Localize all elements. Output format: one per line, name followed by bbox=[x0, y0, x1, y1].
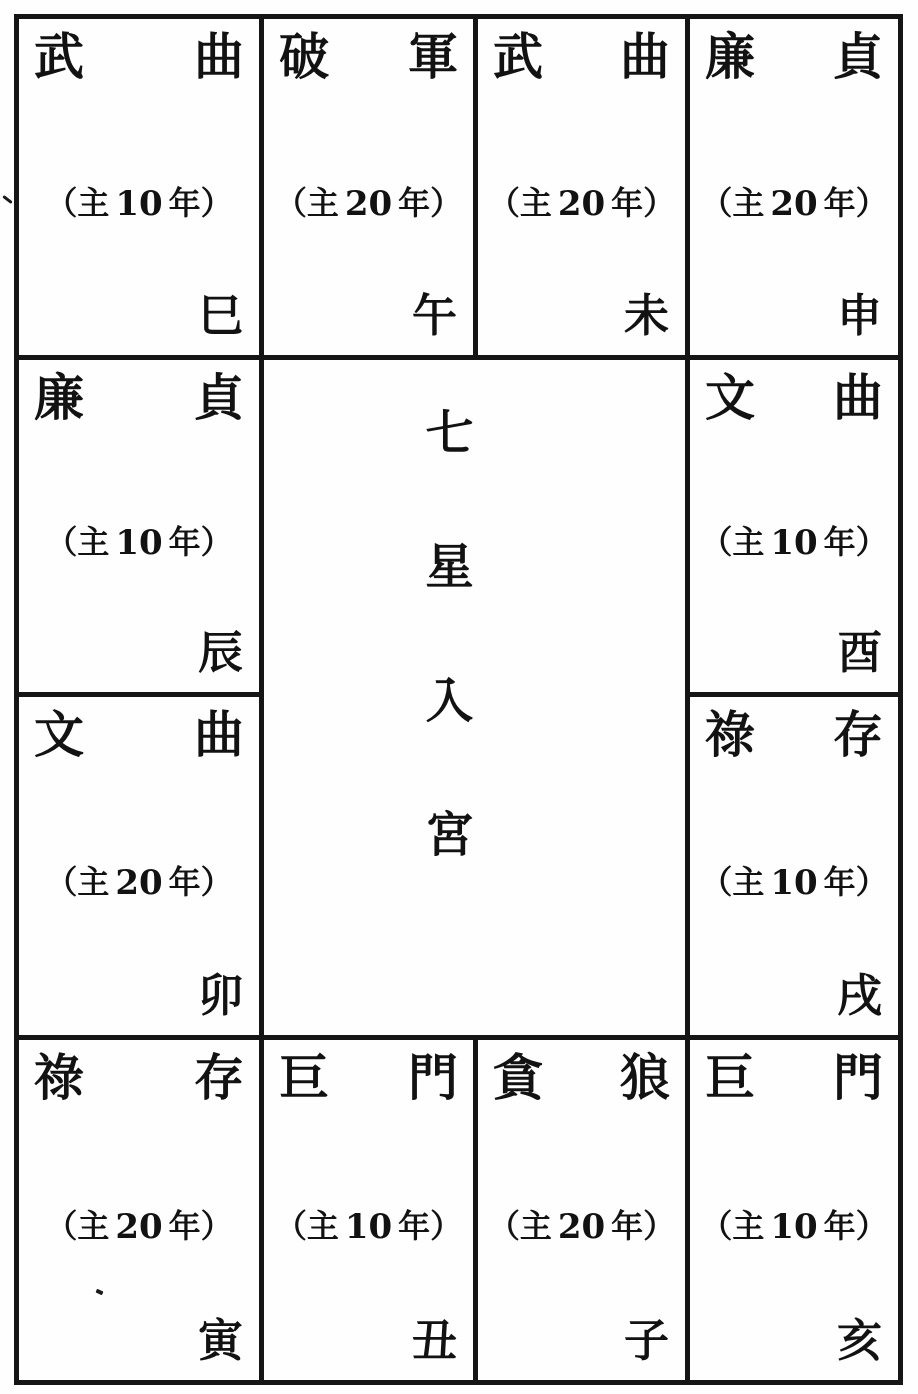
star-char-left: 文 bbox=[34, 710, 84, 760]
star-char-left: 祿 bbox=[34, 1053, 84, 1103]
star-char-right: 曲 bbox=[194, 710, 244, 760]
star-name: 武 曲 bbox=[34, 32, 244, 82]
star-char-left: 武 bbox=[34, 32, 84, 82]
duration-close: 年） bbox=[824, 1208, 888, 1244]
star-name: 武 曲 bbox=[493, 32, 670, 82]
palace-cell-chen: 廉 貞 （主10年） 辰 bbox=[19, 360, 264, 697]
duration-years: 10 bbox=[770, 863, 817, 903]
duration-label: （主20年） bbox=[19, 866, 259, 900]
center-title-cell: 七 星 入 宮 bbox=[264, 360, 690, 1040]
branch-label: 辰 bbox=[198, 631, 243, 676]
duration-close: 年） bbox=[824, 185, 888, 221]
star-char-left: 文 bbox=[705, 373, 755, 423]
palace-cell-shen: 廉 貞 （主20年） 申 bbox=[690, 19, 898, 360]
branch-label: 子 bbox=[624, 1319, 669, 1364]
duration-close: 年） bbox=[169, 1208, 233, 1244]
duration-label: （主20年） bbox=[478, 1210, 685, 1244]
duration-years: 10 bbox=[770, 523, 817, 563]
duration-open: （主 bbox=[45, 1208, 109, 1244]
star-char-left: 破 bbox=[279, 32, 329, 82]
star-name: 破 軍 bbox=[279, 32, 458, 82]
star-char-right: 存 bbox=[194, 1053, 244, 1103]
duration-open: （主 bbox=[488, 185, 552, 221]
palace-grid: 武 曲 （主10年） 巳 破 軍 （主20年） 午 武 曲 （主20年） 未 廉 bbox=[14, 14, 903, 1385]
center-title-char: 七 bbox=[425, 410, 473, 458]
branch-label: 午 bbox=[412, 294, 457, 339]
duration-years: 20 bbox=[558, 184, 605, 224]
branch-label: 酉 bbox=[837, 631, 882, 676]
duration-close: 年） bbox=[824, 524, 888, 560]
duration-close: 年） bbox=[169, 864, 233, 900]
star-char-left: 廉 bbox=[34, 373, 84, 423]
star-char-right: 門 bbox=[833, 1053, 883, 1103]
palace-cell-you: 文 曲 （主10年） 酉 bbox=[690, 360, 898, 697]
star-char-left: 貪 bbox=[493, 1053, 543, 1103]
duration-label: （主10年） bbox=[19, 187, 259, 221]
star-name: 巨 門 bbox=[705, 1053, 883, 1103]
star-char-right: 軍 bbox=[408, 32, 458, 82]
duration-years: 20 bbox=[115, 1207, 162, 1247]
duration-close: 年） bbox=[398, 1208, 462, 1244]
palace-cell-hai: 巨 門 （主10年） 亥 bbox=[690, 1040, 898, 1380]
star-char-left: 祿 bbox=[705, 710, 755, 760]
branch-label: 卯 bbox=[198, 974, 243, 1019]
branch-label: 亥 bbox=[837, 1319, 882, 1364]
branch-label: 丑 bbox=[412, 1319, 457, 1364]
palace-cell-mao: 文 曲 （主20年） 卯 bbox=[19, 697, 264, 1040]
duration-years: 20 bbox=[558, 1207, 605, 1247]
duration-open: （主 bbox=[700, 524, 764, 560]
palace-cell-si: 武 曲 （主10年） 巳 bbox=[19, 19, 264, 360]
center-title-char: 宮 bbox=[425, 812, 473, 860]
star-name: 祿 存 bbox=[705, 710, 883, 760]
star-char-left: 廉 bbox=[705, 32, 755, 82]
star-char-left: 巨 bbox=[279, 1053, 329, 1103]
star-name: 廉 貞 bbox=[34, 373, 244, 423]
star-name: 廉 貞 bbox=[705, 32, 883, 82]
duration-years: 20 bbox=[770, 184, 817, 224]
center-title-char: 入 bbox=[425, 678, 473, 726]
duration-open: （主 bbox=[45, 185, 109, 221]
duration-open: （主 bbox=[700, 185, 764, 221]
center-title-char: 星 bbox=[425, 544, 473, 592]
duration-label: （主10年） bbox=[264, 1210, 473, 1244]
star-char-left: 巨 bbox=[705, 1053, 755, 1103]
star-char-right: 狼 bbox=[620, 1053, 670, 1103]
duration-close: 年） bbox=[824, 864, 888, 900]
duration-close: 年） bbox=[611, 185, 675, 221]
star-char-right: 曲 bbox=[620, 32, 670, 82]
star-char-left: 武 bbox=[493, 32, 543, 82]
palace-cell-zi: 貪 狼 （主20年） 子 bbox=[478, 1040, 690, 1380]
star-char-right: 貞 bbox=[833, 32, 883, 82]
duration-years: 10 bbox=[770, 1207, 817, 1247]
palace-cell-yin: 祿 存 （主20年） 寅 bbox=[19, 1040, 264, 1380]
duration-close: 年） bbox=[398, 185, 462, 221]
duration-label: （主20年） bbox=[264, 187, 473, 221]
branch-label: 巳 bbox=[198, 294, 243, 339]
star-char-right: 門 bbox=[408, 1053, 458, 1103]
duration-label: （主10年） bbox=[690, 866, 898, 900]
duration-label: （主10年） bbox=[690, 1210, 898, 1244]
scanned-page: 武 曲 （主10年） 巳 破 軍 （主20年） 午 武 曲 （主20年） 未 廉 bbox=[0, 0, 918, 1394]
star-char-right: 貞 bbox=[194, 373, 244, 423]
duration-label: （主20年） bbox=[690, 187, 898, 221]
palace-cell-xu: 祿 存 （主10年） 戌 bbox=[690, 697, 898, 1040]
palace-cell-wu: 破 軍 （主20年） 午 bbox=[264, 19, 478, 360]
branch-label: 申 bbox=[837, 294, 882, 339]
palace-cell-wei: 武 曲 （主20年） 未 bbox=[478, 19, 690, 360]
branch-label: 寅 bbox=[198, 1319, 243, 1364]
duration-open: （主 bbox=[488, 1208, 552, 1244]
star-char-right: 曲 bbox=[833, 373, 883, 423]
scan-speck bbox=[2, 195, 13, 204]
duration-years: 20 bbox=[115, 863, 162, 903]
duration-close: 年） bbox=[169, 524, 233, 560]
star-char-right: 曲 bbox=[194, 32, 244, 82]
branch-label: 戌 bbox=[837, 974, 882, 1019]
duration-label: （主20年） bbox=[19, 1210, 259, 1244]
duration-years: 10 bbox=[115, 184, 162, 224]
duration-open: （主 bbox=[700, 1208, 764, 1244]
duration-open: （主 bbox=[275, 185, 339, 221]
duration-open: （主 bbox=[45, 524, 109, 560]
palace-cell-chou: 巨 門 （主10年） 丑 bbox=[264, 1040, 478, 1380]
duration-years: 10 bbox=[345, 1207, 392, 1247]
duration-open: （主 bbox=[700, 864, 764, 900]
star-char-right: 存 bbox=[833, 710, 883, 760]
branch-label: 未 bbox=[624, 294, 669, 339]
duration-years: 20 bbox=[345, 184, 392, 224]
star-name: 文 曲 bbox=[705, 373, 883, 423]
duration-close: 年） bbox=[169, 185, 233, 221]
duration-years: 10 bbox=[115, 523, 162, 563]
duration-label: （主20年） bbox=[478, 187, 685, 221]
duration-close: 年） bbox=[611, 1208, 675, 1244]
star-name: 祿 存 bbox=[34, 1053, 244, 1103]
duration-open: （主 bbox=[45, 864, 109, 900]
star-name: 貪 狼 bbox=[493, 1053, 670, 1103]
star-name: 文 曲 bbox=[34, 710, 244, 760]
duration-label: （主10年） bbox=[690, 526, 898, 560]
duration-label: （主10年） bbox=[19, 526, 259, 560]
duration-open: （主 bbox=[275, 1208, 339, 1244]
star-name: 巨 門 bbox=[279, 1053, 458, 1103]
